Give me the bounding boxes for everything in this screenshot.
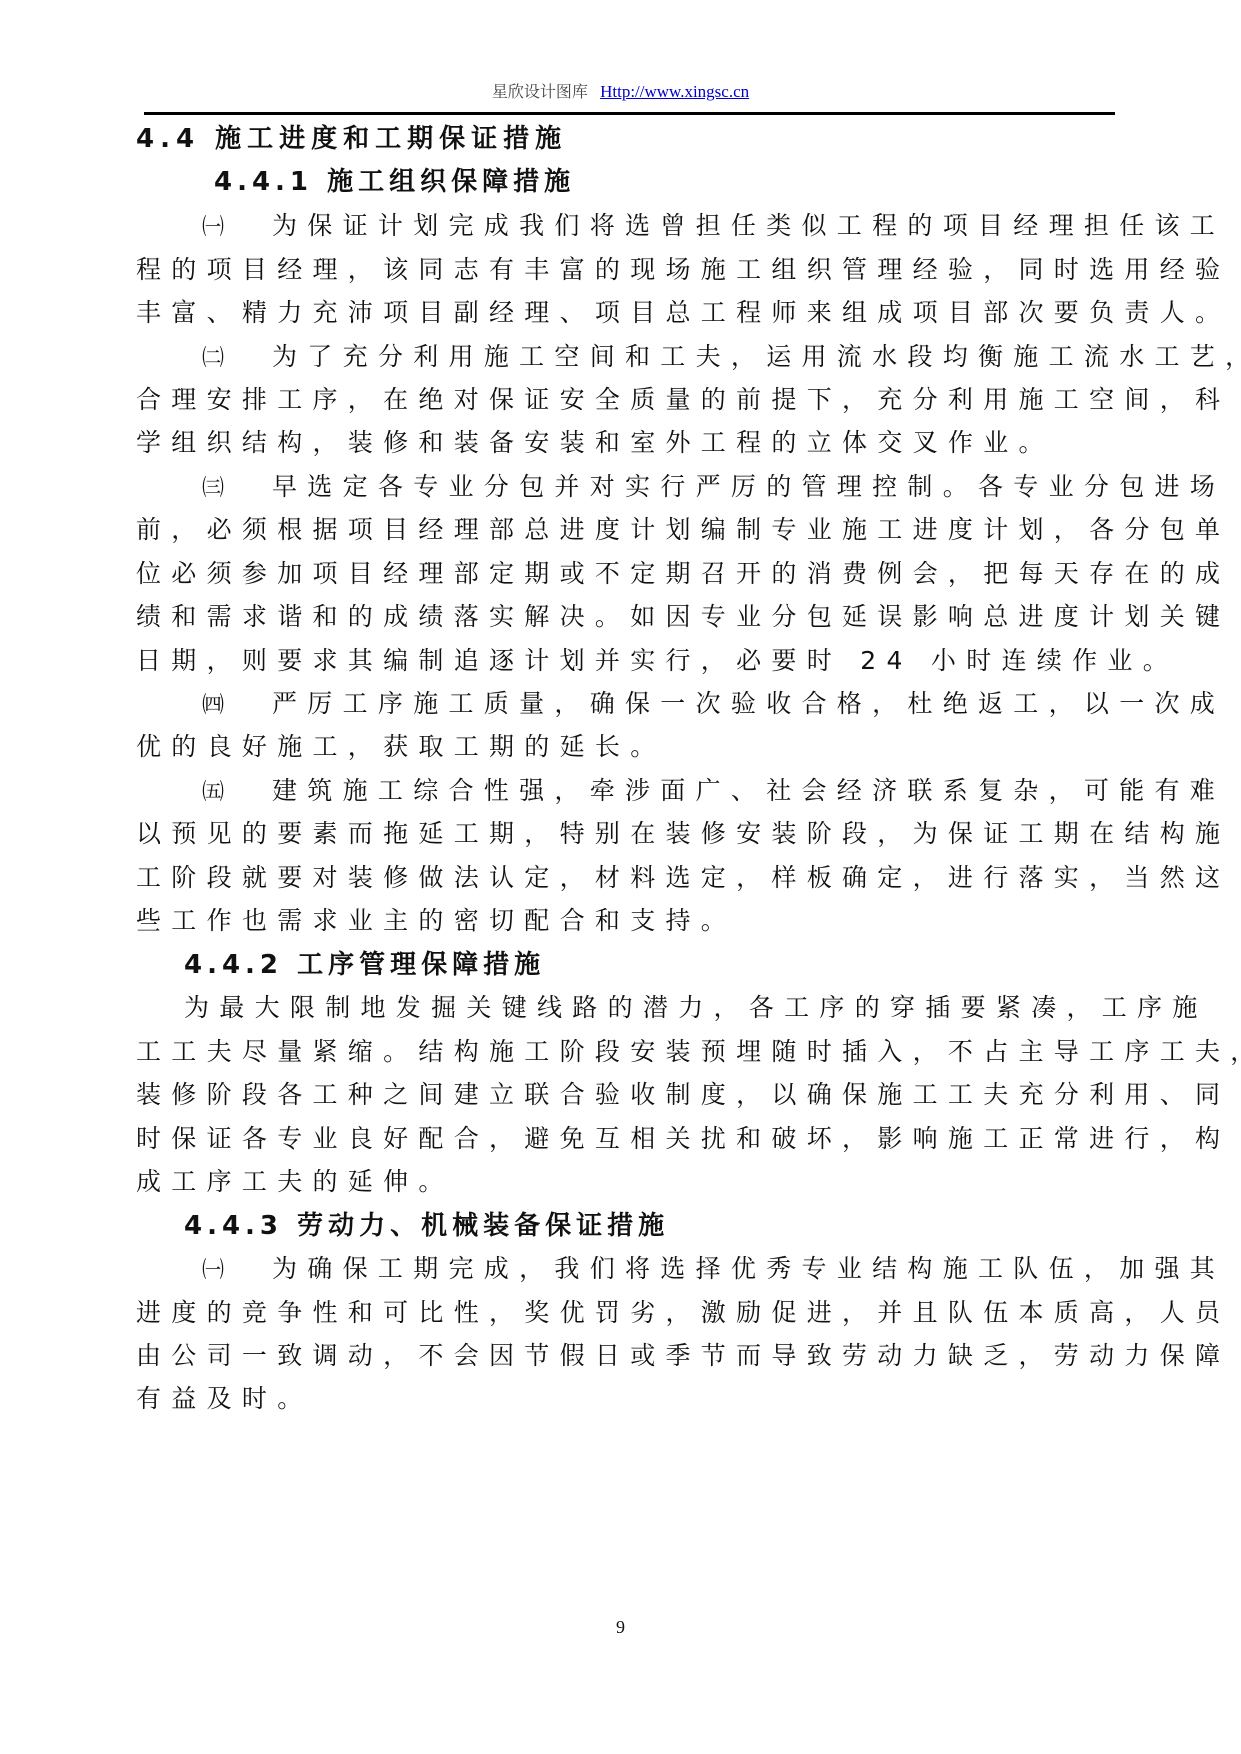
paragraph-line: ㈢早选定各专业分包并对实行严厉的管理控制。各专业分包进场 (202, 472, 1225, 504)
paragraph-line: 为最大限制地发掘关键线路的潜力，各工序的穿插要紧凑，工序施 (184, 993, 1208, 1023)
list-marker: ㈤ (202, 778, 272, 808)
paragraph-line: 成工序工夫的延伸。 (136, 1167, 454, 1197)
subsection-title-4-4-1: 4.4.1 施工组织保障措施 (214, 167, 575, 197)
paragraph-line: 时保证各专业良好配合，避免互相关扰和破坏，影响施工正常进行，构 (136, 1124, 1230, 1154)
paragraph-line: 进度的竞争性和可比性，奖优罚劣，激励促进，并且队伍本质高，人员 (136, 1298, 1230, 1328)
paragraph-line: 工阶段就要对装修做法认定，材料选定，样板确定，进行落实，当然这 (136, 863, 1230, 893)
page-number: 9 (0, 1617, 1241, 1638)
paragraph-line: 位必须参加项目经理部定期或不定期召开的消费例会，把每天存在的成 (136, 559, 1230, 589)
section-title: 4.4 施工进度和工期保证措施 (136, 124, 567, 154)
paragraph-line: 学组织结构，装修和装备安装和室外工程的立体交叉作业。 (136, 428, 1054, 458)
subsection-title-4-4-3: 4.4.3 劳动力、机械装备保证措施 (184, 1211, 669, 1241)
subsection-title-4-4-2: 4.4.2 工序管理保障措施 (184, 950, 545, 980)
paragraph-line: 有益及时。 (136, 1384, 313, 1414)
paragraph-line: ㈣严厉工序施工质量，确保一次验收合格，杜绝返工，以一次成 (202, 689, 1225, 721)
list-marker: ㈠ (202, 213, 272, 243)
paragraph-line: 丰富、精力充沛项目副经理、项目总工程师来组成项目部次要负责人。 (136, 298, 1230, 328)
paragraph-line: 日期，则要求其编制追逐计划并实行，必要时 24 小时连续作业。 (136, 646, 1178, 676)
list-marker: ㈡ (202, 344, 272, 374)
list-marker: ㈢ (202, 474, 272, 504)
paragraph-line: ㈤建筑施工综合性强，牵涉面广、社会经济联系复杂，可能有难 (202, 776, 1225, 808)
paragraph-line: ㈠为保证计划完成我们将选曾担任类似工程的项目经理担任该工 (202, 211, 1225, 243)
paragraph-line: 工工夫尽量紧缩。结构施工阶段安装预埋随时插入，不占主导工序工夫， (136, 1037, 1241, 1067)
paragraph-line: 优的良好施工，获取工期的延长。 (136, 732, 666, 762)
paragraph-line: 合理安排工序，在绝对保证安全质量的前提下，充分利用施工空间，科 (136, 385, 1230, 415)
paragraph-line: 些工作也需求业主的密切配合和支持。 (136, 906, 736, 936)
paragraph-line: ㈠为确保工期完成，我们将选择优秀专业结构施工队伍，加强其 (202, 1254, 1225, 1286)
paragraph-line: 装修阶段各工种之间建立联合验收制度，以确保施工工夫充分利用、同 (136, 1080, 1230, 1110)
site-name: 星欣设计图库 (492, 82, 588, 101)
site-url-link[interactable]: Http://www.xingsc.cn (600, 82, 749, 101)
paragraph-line: 前，必须根据项目经理部总进度计划编制专业施工进度计划，各分包单 (136, 515, 1230, 545)
paragraph-line: 由公司一致调动，不会因节假日或季节而导致劳动力缺乏，劳动力保障 (136, 1341, 1230, 1371)
paragraph-line: 绩和需求谐和的成绩落实解决。如因专业分包延误影响总进度计划关键 (136, 602, 1230, 632)
paragraph-line: 以预见的要素而拖延工期，特别在装修安装阶段，为保证工期在结构施 (136, 819, 1230, 849)
paragraph-line: ㈡为了充分利用施工空间和工夫，运用流水段均衡施工流水工艺， (202, 342, 1241, 374)
list-marker: ㈣ (202, 691, 272, 721)
page-header: 星欣设计图库 Http://www.xingsc.cn (0, 82, 1241, 102)
paragraph-line: 程的项目经理，该同志有丰富的现场施工组织管理经验，同时选用经验 (136, 255, 1230, 285)
list-marker: ㈠ (202, 1256, 272, 1286)
header-divider (144, 112, 1115, 115)
